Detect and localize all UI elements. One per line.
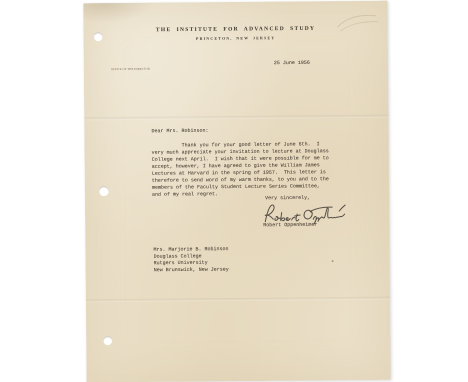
- salutation: Dear Mrs. Robinson:: [151, 128, 208, 134]
- paper-corner-shade: [83, 3, 153, 24]
- letter-body: Thank you for your good letter of June 6…: [152, 141, 330, 199]
- scanned-letter-page: THE INSTITUTE FOR ADVANCED STUDY PRINCET…: [0, 0, 468, 382]
- punch-hole: [99, 186, 109, 196]
- paper-fold-crease: [84, 115, 388, 121]
- letter-date: 25 June 1956: [274, 60, 310, 66]
- recipient-address: Mrs. Marjorie B. RobinsonDouglass Colleg…: [153, 246, 228, 274]
- letterhead-location: PRINCETON, NEW JERSEY: [84, 35, 388, 42]
- office-of-the-director-line: OFFICE OF THE DIRECTOR: [111, 68, 150, 71]
- recipient-line: Mrs. Marjorie B. Robinson: [153, 246, 228, 253]
- typed-signature-name: Robert Oppenheimer: [263, 222, 317, 228]
- punch-hole: [103, 336, 112, 345]
- paper-speck: [332, 260, 334, 262]
- letter-paper: THE INSTITUTE FOR ADVANCED STUDY PRINCET…: [83, 1, 390, 382]
- closing-line: Very sincerely,: [265, 195, 310, 201]
- paper-fold-crease: [86, 297, 390, 303]
- recipient-line: New Brunswick, New Jersey: [154, 266, 229, 273]
